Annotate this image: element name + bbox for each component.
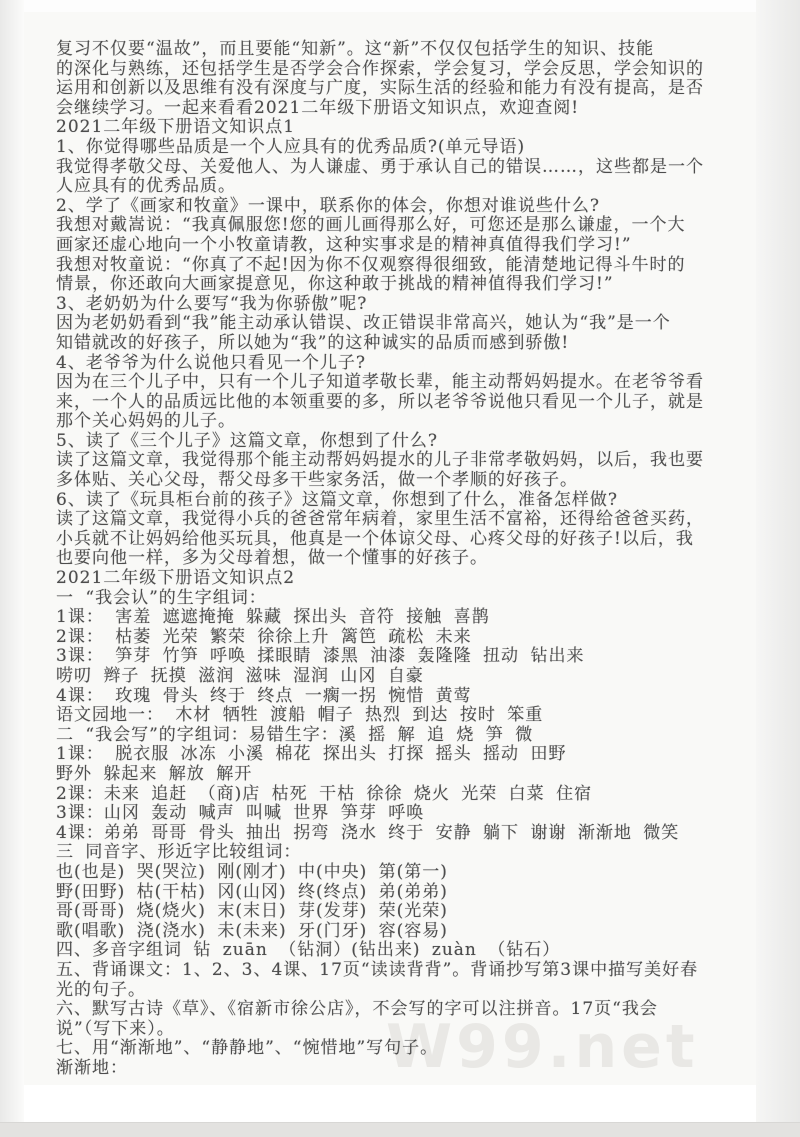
text-line: 哥(哥哥) 烧(烧火) 末(末日) 芽(发芽) 荣(光荣): [56, 902, 746, 922]
text-line: 3课：山冈 轰动 喊声 叫喊 世界 笋芽 呼唤: [56, 804, 746, 824]
text-line: 语文园地一： 木材 牺牲 渡船 帽子 热烈 到达 按时 笨重: [56, 706, 746, 726]
text-line: 2、学了《画家和牧童》一课中，联系你的体会，你想对谁说些什么?: [56, 197, 746, 217]
scan-edge-shadow-left: [0, 0, 24, 1122]
text-line: 3、老奶奶为什么要写“我为你骄傲”呢?: [56, 295, 746, 315]
text-line: 一 “我会认”的生字组词：: [56, 589, 746, 609]
text-line: 5、读了《三个儿子》这篇文章，你想到了什么?: [56, 432, 746, 452]
text-line: 因为在三个儿子中，只有一个儿子知道孝敬长辈，能主动帮妈妈提水。在老爷爷看: [56, 373, 746, 393]
text-line: 人应具有的优秀品质。: [56, 177, 746, 197]
text-line: 3课： 笋芽 竹笋 呼唤 揉眼睛 漆黑 油漆 轰隆隆 扭动 钻出来: [56, 647, 746, 667]
scan-edge-shadow-right: [756, 0, 800, 1122]
text-line: 多体贴、关心父母，帮父母多干些家务活，做一个孝顺的好孩子。: [56, 471, 746, 491]
text-line: 知错就改的好孩子，所以她为“我”的这种诚实的品质而感到骄傲!: [56, 334, 746, 354]
text-line: 也(也是) 哭(哭泣) 刚(刚才) 中(中央) 第(第一): [56, 863, 746, 883]
text-line: 我想对牧童说：“你真了不起!因为你不仅观察得很细致，能清楚地记得斗牛时的: [56, 256, 746, 276]
text-line: 野外 躲起来 解放 解开: [56, 765, 746, 785]
document-text: 复习不仅要“温故”，而且要能“知新”。这“新”不仅仅包括学生的知识、技能的深化与…: [56, 40, 746, 1078]
text-line: 1课： 脱衣服 冰冻 小溪 棉花 探出头 打探 摇头 摇动 田野: [56, 745, 746, 765]
text-line: 1课： 害羞 遮遮掩掩 躲藏 探出头 音符 接触 喜鹊: [56, 608, 746, 628]
text-line: 那个关心妈妈的儿子。: [56, 412, 746, 432]
text-line: 复习不仅要“温故”，而且要能“知新”。这“新”不仅仅包括学生的知识、技能: [56, 40, 746, 60]
text-line: 情景，你还敢向大画家提意见，你这种敢于挑战的精神值得我们学习!”: [56, 275, 746, 295]
scan-edge-top: [0, 0, 800, 12]
text-line: 6、读了《玩具柜台前的孩子》这篇文章，你想到了什么，准备怎样做?: [56, 491, 746, 511]
text-line: 七、用“渐渐地”、“静静地”、“惋惜地”写句子。: [56, 1039, 746, 1059]
text-line: 4课：弟弟 哥哥 骨头 抽出 拐弯 浇水 终于 安静 躺下 谢谢 渐渐地 微笑: [56, 824, 746, 844]
text-line: 也要向他一样，多为父母着想，做一个懂事的好孩子。: [56, 549, 746, 569]
text-line: 会继续学习。一起来看看2021二年级下册语文知识点，欢迎查阅!: [56, 99, 746, 119]
text-line: 2课： 枯萎 光荣 繁荣 徐徐上升 篱笆 疏松 未来: [56, 628, 746, 648]
text-line: 渐渐地：: [56, 1059, 746, 1079]
text-line: 小兵就不让妈妈给他买玩具，他真是一个体谅父母、心疼父母的好孩子!以后，我: [56, 530, 746, 550]
text-line: 4课： 玫瑰 骨头 终于 终点 一瘸一拐 惋惜 黄莺: [56, 687, 746, 707]
text-line: 运用和创新以及思维有没有深度与广度，实际生活的经验和能力有没有提高，是否: [56, 79, 746, 99]
text-line: 二 “我会写”的字组词：易错生字：溪 摇 解 追 烧 笋 微: [56, 726, 746, 746]
text-line: 我想对戴嵩说：“我真佩服您!您的画儿画得那么好，可您还是那么谦虚，一个大: [56, 216, 746, 236]
text-line: 2课：未来 追赶 （商)店 枯死 干枯 徐徐 烧火 光荣 白菜 住宿: [56, 785, 746, 805]
text-line: 歌(唱歌) 浇(浇水) 未(未来) 牙(门牙) 容(容易): [56, 922, 746, 942]
text-line: 的深化与熟练，还包括学生是否学会合作探索，学会复习，学会反思，学会知识的: [56, 60, 746, 80]
text-line: 2021二年级下册语文知识点2: [56, 569, 746, 589]
document-viewer: W99.net 复习不仅要“温故”，而且要能“知新”。这“新”不仅仅包括学生的知…: [0, 0, 800, 1137]
text-line: 野(田野) 枯(干枯) 冈(山冈) 终(终点) 弟(弟弟): [56, 883, 746, 903]
text-line: 说”（写下来）。: [56, 1020, 746, 1040]
text-line: 画家还虚心地向一个小牧童请教，这种实事求是的精神真值得我们学习!”: [56, 236, 746, 256]
text-line: 来，一个人的品质远比他的本领重要的多，所以老爷爷说他只看见一个儿子，就是: [56, 393, 746, 413]
text-line: 读了这篇文章，我觉得那个能主动帮妈妈提水的儿子非常孝敬妈妈，以后，我也要: [56, 451, 746, 471]
text-line: 我觉得孝敬父母、关爱他人、为人谦虚、勇于承认自己的错误……，这些都是一个: [56, 158, 746, 178]
text-line: 四、多音字组词 钻 zuān （钻洞）(钻出来) zuàn （钻石）: [56, 941, 746, 961]
text-line: 六、默写古诗《草》、《宿新市徐公店》，不会写的字可以注拼音。17页“我会: [56, 1000, 746, 1020]
text-line: 三 同音字、形近字比较组词：: [56, 843, 746, 863]
text-line: 读了这篇文章，我觉得小兵的爸爸常年病着，家里生活不富裕，还得给爸爸买药，: [56, 510, 746, 530]
text-line: 4、老爷爷为什么说他只看见一个儿子?: [56, 354, 746, 374]
bottom-bar: [0, 1122, 800, 1137]
text-line: 1、你觉得哪些品质是一个人应具有的优秀品质?(单元导语): [56, 138, 746, 158]
text-line: 光的句子。: [56, 981, 746, 1001]
text-line: 因为老奶奶看到“我”能主动承认错误、改正错误非常高兴，她认为“我”是一个: [56, 314, 746, 334]
text-line: 五、背诵课文：1、2、3、4课、17页“读读背背”。背诵抄写第3课中描写美好春: [56, 961, 746, 981]
text-line: 唠叨 辫子 抚摸 滋润 滋味 湿润 山冈 自豪: [56, 667, 746, 687]
text-line: 2021二年级下册语文知识点1: [56, 118, 746, 138]
